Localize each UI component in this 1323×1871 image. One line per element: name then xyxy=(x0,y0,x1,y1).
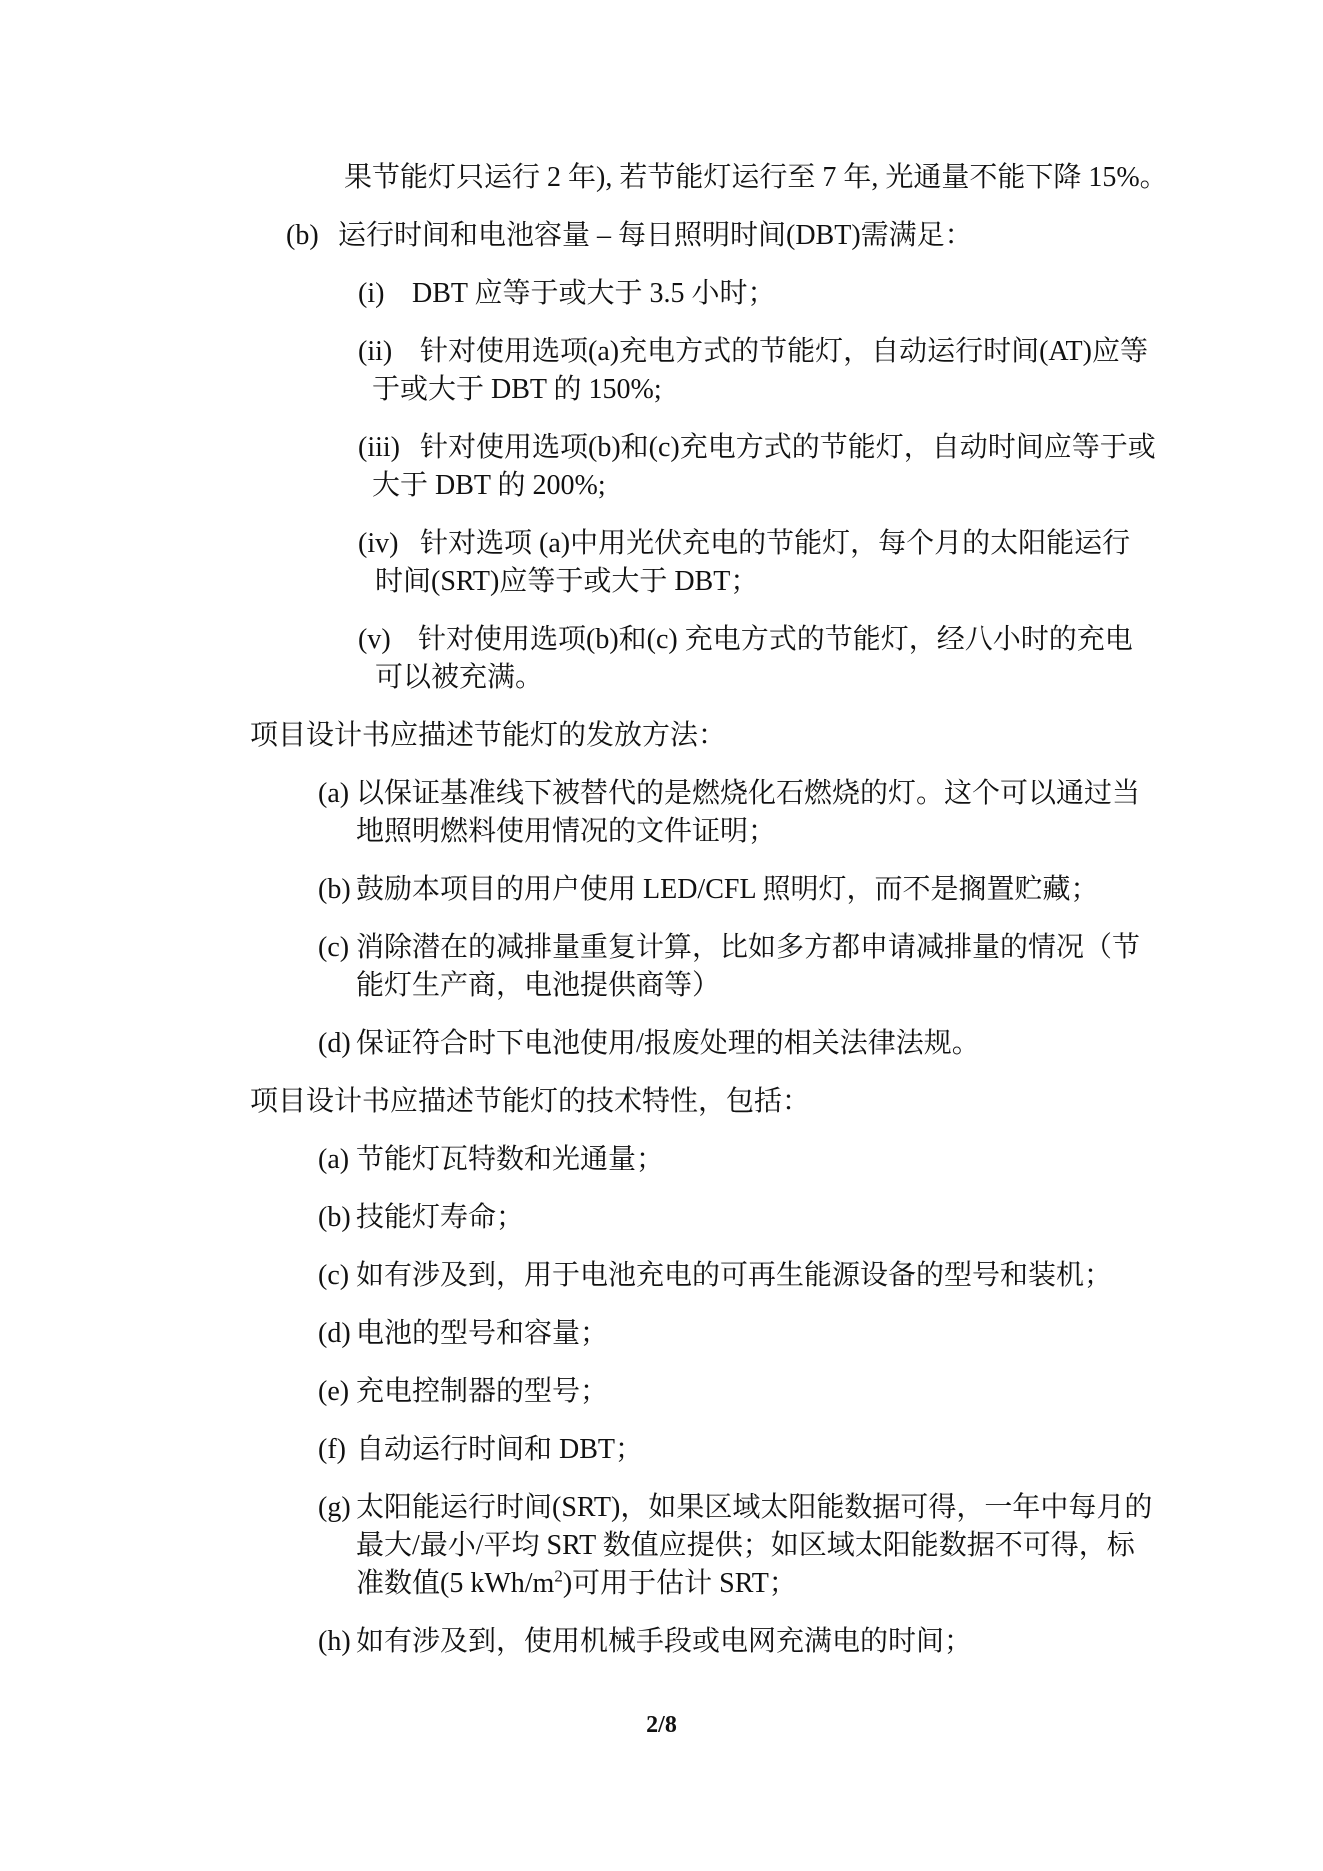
line-text: 消除潜在的减排量重复计算，比如多方都申请减排量的情况（节 xyxy=(356,929,1323,967)
paragraph-continuation-line: 果节能灯只运行 2 年), 若节能灯运行至 7 年, 光通量不能下降 15%。 xyxy=(0,159,1323,197)
list-marker: (h) xyxy=(318,1623,351,1661)
list-marker: (v) xyxy=(358,621,391,659)
line-text: DBT 应等于或大于 3.5 小时； xyxy=(412,275,1323,313)
page-number: 2/8 xyxy=(0,1706,1323,1744)
line-text: 能灯生产商，电池提供商等） xyxy=(356,967,1323,1005)
line-text: 准数值(5 kWh/m2)可用于估计 SRT； xyxy=(356,1565,1323,1603)
list3-item-f: (f) 自动运行时间和 DBT； xyxy=(0,1431,1323,1469)
list3-item-g-continuation-2: 准数值(5 kWh/m2)可用于估计 SRT； xyxy=(0,1565,1323,1603)
list-marker: (a) xyxy=(318,1141,349,1179)
list-marker: (e) xyxy=(318,1373,349,1411)
list2-item-c: (c) 消除潜在的减排量重复计算，比如多方都申请减排量的情况（节 xyxy=(0,929,1323,967)
line-text: 果节能灯只运行 2 年), 若节能灯运行至 7 年, 光通量不能下降 15%。 xyxy=(344,159,1323,197)
document-page: 果节能灯只运行 2 年), 若节能灯运行至 7 年, 光通量不能下降 15%。 … xyxy=(0,0,1323,1871)
line-text: 可以被充满。 xyxy=(375,659,1323,697)
line-text-post: )可用于估计 SRT； xyxy=(563,1568,797,1599)
sublist-item-v: (v) 针对使用选项(b)和(c) 充电方式的节能灯，经八小时的充电 xyxy=(0,621,1323,659)
list-marker: (c) xyxy=(318,1257,349,1295)
line-text: 如有涉及到，使用机械手段或电网充满电的时间； xyxy=(356,1623,1323,1661)
list-marker: (ii) xyxy=(358,333,392,371)
list2-item-d: (d) 保证符合时下电池使用/报废处理的相关法律法规。 xyxy=(0,1025,1323,1063)
list3-item-g-continuation-1: 最大/最小/平均 SRT 数值应提供；如区域太阳能数据不可得，标 xyxy=(0,1527,1323,1565)
line-text: 针对使用选项(a)充电方式的节能灯，自动运行时间(AT)应等 xyxy=(420,333,1323,371)
line-text: 项目设计书应描述节能灯的发放方法： xyxy=(250,717,1323,755)
line-text: 鼓励本项目的用户使用 LED/CFL 照明灯，而不是搁置贮藏； xyxy=(356,871,1323,909)
document-body: 果节能灯只运行 2 年), 若节能灯运行至 7 年, 光通量不能下降 15%。 … xyxy=(0,159,1323,1661)
list3-item-g: (g) 太阳能运行时间(SRT)，如果区域太阳能数据可得，一年中每月的 xyxy=(0,1489,1323,1527)
line-text: 运行时间和电池容量 – 每日照明时间(DBT)需满足： xyxy=(338,217,1323,255)
list-marker: (i) xyxy=(358,275,384,313)
line-text: 针对使用选项(b)和(c)充电方式的节能灯，自动时间应等于或 xyxy=(420,429,1323,467)
line-text: 保证符合时下电池使用/报废处理的相关法律法规。 xyxy=(356,1025,1323,1063)
list3-item-d: (d) 电池的型号和容量； xyxy=(0,1315,1323,1353)
list-marker: (c) xyxy=(318,929,349,967)
list2-item-a-continuation: 地照明燃料使用情况的文件证明； xyxy=(0,813,1323,851)
sublist-item-iii: (iii) 针对使用选项(b)和(c)充电方式的节能灯，自动时间应等于或 xyxy=(0,429,1323,467)
list3-item-a: (a) 节能灯瓦特数和光通量； xyxy=(0,1141,1323,1179)
line-text: 地照明燃料使用情况的文件证明； xyxy=(356,813,1323,851)
line-text: 如有涉及到，用于电池充电的可再生能源设备的型号和装机； xyxy=(356,1257,1323,1295)
list-item-b1: (b) 运行时间和电池容量 – 每日照明时间(DBT)需满足： xyxy=(0,217,1323,255)
list3-item-e: (e) 充电控制器的型号； xyxy=(0,1373,1323,1411)
list-marker: (g) xyxy=(318,1489,351,1527)
list-marker: (d) xyxy=(318,1315,351,1353)
paragraph-technical-characteristics: 项目设计书应描述节能灯的技术特性，包括： xyxy=(0,1083,1323,1121)
sublist-item-iv: (iv) 针对选项 (a)中用光伏充电的节能灯，每个月的太阳能运行 xyxy=(0,525,1323,563)
line-text: 最大/最小/平均 SRT 数值应提供；如区域太阳能数据不可得，标 xyxy=(356,1527,1323,1565)
list-marker: (b) xyxy=(318,1199,351,1237)
list-marker: (iv) xyxy=(358,525,398,563)
line-text: 针对选项 (a)中用光伏充电的节能灯，每个月的太阳能运行 xyxy=(420,525,1323,563)
line-text: 技能灯寿命； xyxy=(356,1199,1323,1237)
list-marker: (a) xyxy=(318,775,349,813)
list2-item-c-continuation: 能灯生产商，电池提供商等） xyxy=(0,967,1323,1005)
line-text: 太阳能运行时间(SRT)，如果区域太阳能数据可得，一年中每月的 xyxy=(356,1489,1323,1527)
list2-item-a: (a) 以保证基准线下被替代的是燃烧化石燃烧的灯。这个可以通过当 xyxy=(0,775,1323,813)
sublist-item-ii: (ii) 针对使用选项(a)充电方式的节能灯，自动运行时间(AT)应等 xyxy=(0,333,1323,371)
list3-item-b: (b) 技能灯寿命； xyxy=(0,1199,1323,1237)
list3-item-h: (h) 如有涉及到，使用机械手段或电网充满电的时间； xyxy=(0,1623,1323,1661)
line-text: 自动运行时间和 DBT； xyxy=(356,1431,1323,1469)
line-text: 节能灯瓦特数和光通量； xyxy=(356,1141,1323,1179)
line-text: 项目设计书应描述节能灯的技术特性，包括： xyxy=(250,1083,1323,1121)
line-text-pre: 准数值(5 kWh/m xyxy=(356,1568,554,1599)
line-text: 充电控制器的型号； xyxy=(356,1373,1323,1411)
list-marker: (d) xyxy=(318,1025,351,1063)
sublist-item-iii-continuation: 大于 DBT 的 200%; xyxy=(0,467,1323,505)
list-marker: (f) xyxy=(318,1431,346,1469)
list-marker: (b) xyxy=(286,217,319,255)
list-marker: (b) xyxy=(318,871,351,909)
sublist-item-iv-continuation: 时间(SRT)应等于或大于 DBT； xyxy=(0,563,1323,601)
paragraph-distribution-method: 项目设计书应描述节能灯的发放方法： xyxy=(0,717,1323,755)
superscript-exponent: 2 xyxy=(554,1567,563,1586)
list-marker: (iii) xyxy=(358,429,400,467)
line-text: 时间(SRT)应等于或大于 DBT； xyxy=(375,563,1323,601)
line-text: 电池的型号和容量； xyxy=(356,1315,1323,1353)
line-text: 以保证基准线下被替代的是燃烧化石燃烧的灯。这个可以通过当 xyxy=(356,775,1323,813)
sublist-item-v-continuation: 可以被充满。 xyxy=(0,659,1323,697)
sublist-item-i: (i) DBT 应等于或大于 3.5 小时； xyxy=(0,275,1323,313)
list2-item-b: (b) 鼓励本项目的用户使用 LED/CFL 照明灯，而不是搁置贮藏； xyxy=(0,871,1323,909)
line-text: 大于 DBT 的 200%; xyxy=(372,467,1323,505)
sublist-item-ii-continuation: 于或大于 DBT 的 150%; xyxy=(0,371,1323,409)
line-text: 针对使用选项(b)和(c) 充电方式的节能灯，经八小时的充电 xyxy=(418,621,1323,659)
list3-item-c: (c) 如有涉及到，用于电池充电的可再生能源设备的型号和装机； xyxy=(0,1257,1323,1295)
line-text: 于或大于 DBT 的 150%; xyxy=(372,371,1323,409)
